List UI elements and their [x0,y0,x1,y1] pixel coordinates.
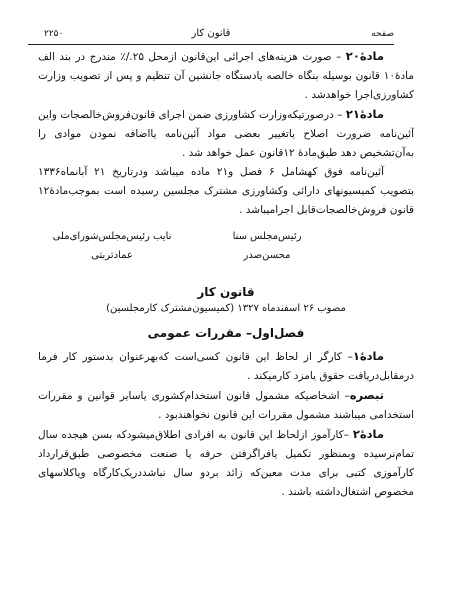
signature-title: نایب رئیس‌مجلس‌شورای‌ملی [42,227,182,246]
signatures: رئیس‌مجلس سنا محسن‌صدر نایب رئیس‌مجلس‌شو… [38,227,414,267]
running-title: قانون کار [192,28,231,39]
approval-paragraph: آئین‌نامه فوق کهشامل ۶ فصل و۲۱ ماده میبا… [38,163,414,220]
signature-name: عمادتربتی [42,246,182,265]
page-body: مادهٔ۲۰ – صورت هزینه‌های اجرائی این‌قانو… [38,47,414,502]
article-20: مادهٔ۲۰ – صورت هزینه‌های اجرائی این‌قانو… [38,47,414,105]
signature-senate: رئیس‌مجلس سنا محسن‌صدر [212,227,322,265]
article-number: مادهٔ۱ [353,349,384,363]
article-2: مادهٔ۲ –کارآموز ازلحاظ این قانون به افرا… [38,425,414,502]
signature-majlis: نایب رئیس‌مجلس‌شورای‌ملی عمادتربتی [42,227,182,265]
header-divider [28,44,394,45]
law-subtitle: مصوب ۲۶ اسفندماه ۱۳۲۷ (کمیسیون‌مشترک کار… [38,301,414,316]
article-1: مادهٔ۱– کارگر از لحاظ این قانون کسی‌است … [38,347,414,386]
article-21: مادهٔ۲۱ – درصورتیکه‌وزارت کشاورزی ضمن اج… [38,105,414,163]
chapter-heading: فصل‌اول– مقررات عمومی [38,322,414,344]
article-number: مادهٔ۲۰ [346,49,384,63]
note: تبصره– اشخاصیکه مشمول قانون استخدام‌کشور… [38,386,414,425]
law-title: قانون کار [38,283,414,301]
document-page: صفحه قانون کار ۲۲۵۰ مادهٔ۲۰ – صورت هزینه… [0,0,454,599]
page-header: صفحه قانون کار ۲۲۵۰ [28,26,394,44]
note-label: تبصره [350,388,384,402]
signature-title: رئیس‌مجلس سنا [212,227,322,246]
page-label: صفحه [371,29,394,39]
page-number: ۲۲۵۰ [44,29,63,39]
article-number: مادهٔ۲ [353,427,384,441]
signature-name: محسن‌صدر [212,246,322,265]
article-number: مادهٔ۲۱ [346,107,384,121]
